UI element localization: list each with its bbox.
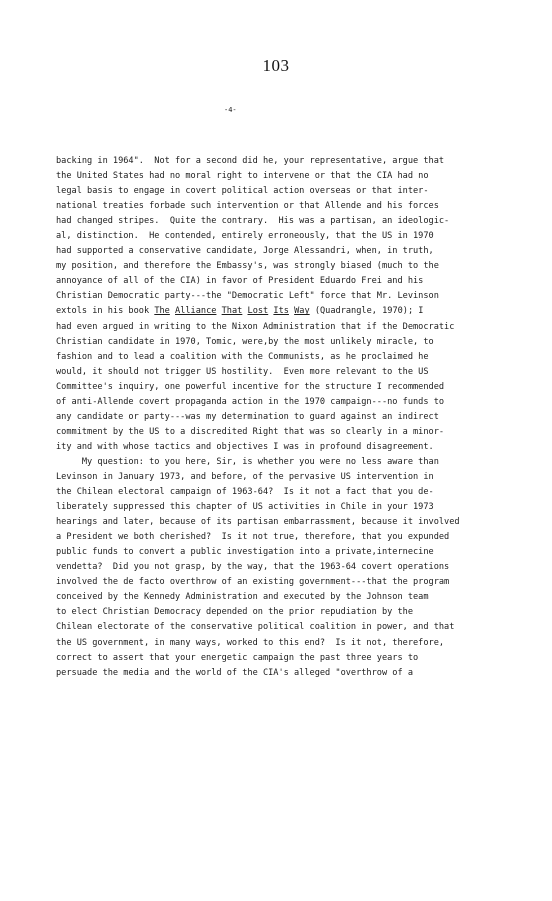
text-line: al, distinction. He contended, entirely … — [56, 229, 526, 244]
text-line: annoyance of all of the CIA) in favor of… — [56, 274, 526, 289]
text-line: had even argued in writing to the Nixon … — [56, 320, 526, 335]
text-line: liberately suppressed this chapter of US… — [56, 500, 526, 515]
book-title: Lost — [248, 306, 269, 316]
text-line: fashion and to lead a coalition with the… — [56, 350, 526, 365]
text-line: correct to assert that your energetic ca… — [56, 651, 526, 666]
text-line: of anti-Allende covert propaganda action… — [56, 395, 526, 410]
text-line: public funds to convert a public investi… — [56, 545, 526, 560]
text-line: conceived by the Kennedy Administration … — [56, 590, 526, 605]
text-line: the United States had no moral right to … — [56, 169, 526, 184]
text-line: Levinson in January 1973, and before, of… — [56, 470, 526, 485]
text-line: Christian candidate in 1970, Tomic, were… — [56, 335, 526, 350]
text-line: persuade the media and the world of the … — [56, 666, 526, 681]
text-line: Committee's inquiry, one powerful incent… — [56, 380, 526, 395]
book-title: Way — [294, 306, 310, 316]
text-line: had supported a conservative candidate, … — [56, 244, 526, 259]
text-line: the US government, in many ways, worked … — [56, 636, 526, 651]
text-line: backing in 1964". Not for a second did h… — [56, 154, 526, 169]
text-line: involved the de facto overthrow of an ex… — [56, 575, 526, 590]
text-line: had changed stripes. Quite the contrary.… — [56, 214, 526, 229]
text-line: would, it should not trigger US hostilit… — [56, 365, 526, 380]
text-line: any candidate or party---was my determin… — [56, 410, 526, 425]
text-line: extols in his book The Alliance That Los… — [56, 304, 526, 319]
text-line: Chilean electorate of the conservative p… — [56, 620, 526, 635]
text-line: ity and with whose tactics and objective… — [56, 440, 526, 455]
text-line: My question: to you here, Sir, is whethe… — [56, 455, 526, 470]
text-line: vendetta? Did you not grasp, by the way,… — [56, 560, 526, 575]
book-title: That — [222, 306, 243, 316]
book-title: Alliance — [175, 306, 216, 316]
text-line: hearings and later, because of its parti… — [56, 515, 526, 530]
book-title: Its — [273, 306, 289, 316]
body-text: backing in 1964". Not for a second did h… — [56, 154, 526, 681]
text-line: to elect Christian Democracy depended on… — [56, 605, 526, 620]
text-line: Christian Democratic party---the "Democr… — [56, 289, 526, 304]
page-number: 103 — [0, 56, 552, 76]
text-line: commitment by the US to a discredited Ri… — [56, 425, 526, 440]
book-title: The — [154, 306, 170, 316]
text-line: the Chilean electoral campaign of 1963-6… — [56, 485, 526, 500]
sub-page-number: -4- — [224, 106, 237, 114]
text-line: national treaties forbade such intervent… — [56, 199, 526, 214]
text-line: a President we both cherished? Is it not… — [56, 530, 526, 545]
text-line: my position, and therefore the Embassy's… — [56, 259, 526, 274]
text-line: legal basis to engage in covert politica… — [56, 184, 526, 199]
